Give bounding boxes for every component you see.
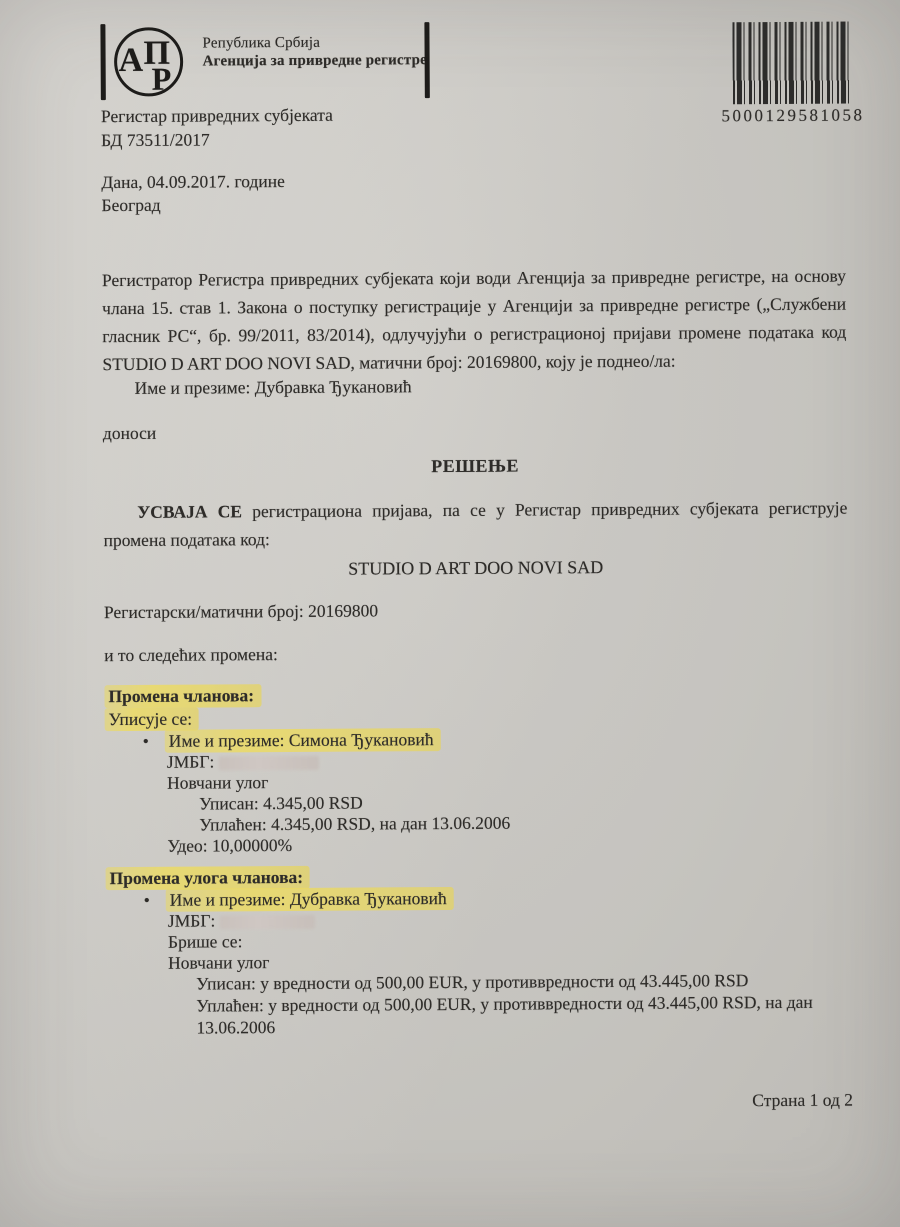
decision-title: РЕШЕЊЕ <box>103 454 847 480</box>
section1-monetary-label: Новчани улог <box>167 772 268 794</box>
republic-label: Република Србија <box>202 35 320 53</box>
section1-title: Промена чланова: <box>108 685 261 707</box>
section2-member-line: •Име и презиме: Дубравка Ђукановић <box>144 888 454 911</box>
register-name: Регистар привредних субјеката <box>101 105 333 127</box>
section2-title: Промена улога чланова: <box>110 867 311 889</box>
adopts-line: доноси <box>103 423 156 444</box>
date-line: Дана, 04.09.2017. године <box>101 171 285 193</box>
city-line: Београд <box>101 195 160 216</box>
section2-deletes-line: Брише се: <box>168 931 243 952</box>
submitter-line: Име и презиме: Дубравка Ђукановић <box>135 376 412 399</box>
header-right-rule <box>424 22 429 98</box>
header-left-rule <box>100 24 105 100</box>
section1-paid-line: Уплаћен: 4.345,00 RSD, на дан 13.06.2006 <box>199 813 510 836</box>
approval-bold-text: УСВАЈА СЕ <box>137 501 242 522</box>
document-page: А П Р Република Србија Агенција за привр… <box>0 0 900 1227</box>
section1-jmbg-line: ЈМБГ: <box>167 751 319 773</box>
page-indicator: Страна 1 од 2 <box>603 1090 853 1113</box>
section1-jmbg-label: ЈМБГ: <box>167 751 215 771</box>
section2-paid-line: Уплаћен: у вредности од 500,00 EUR, у пр… <box>196 991 852 1039</box>
registration-number-line: Регистарски/матични број: 20169800 <box>104 600 378 623</box>
case-number: БД 73511/2017 <box>101 129 210 151</box>
section1-title-highlight: Промена чланова: <box>104 684 261 708</box>
svg-text:Р: Р <box>152 61 172 97</box>
agency-label: Агенција за привредне регистре <box>203 52 427 70</box>
section1-subtitle: Уписује се: <box>109 709 200 731</box>
approval-paragraph: УСВАЈА СЕ регистрациона пријава, па се у… <box>103 494 847 555</box>
svg-text:А: А <box>119 42 144 79</box>
apr-logo: А П Р <box>110 24 186 100</box>
document-photo: А П Р Република Србија Агенција за привр… <box>0 0 900 1227</box>
barcode-number: 5000129581058 <box>713 105 873 126</box>
section2-name-highlight: Име и презиме: Дубравка Ђукановић <box>166 887 454 912</box>
section2-monetary-label: Новчани улог <box>168 952 269 974</box>
section1-subtitle-highlight: Уписује се: <box>105 708 200 732</box>
section2-jmbg-redaction <box>220 915 315 930</box>
section1-name-highlight: Име и презиме: Симона Ђукановић <box>165 728 441 753</box>
company-name: STUDIO D ART DOO NOVI SAD <box>104 556 848 582</box>
section2-title-highlight: Промена улога чланова: <box>106 866 311 890</box>
barcode <box>732 22 850 105</box>
section2-jmbg-label: ЈМБГ: <box>168 910 216 930</box>
intro-paragraph: Регистратор Регистра привредних субјекат… <box>102 262 847 379</box>
section1-member-line: •Име и презиме: Симона Ђукановић <box>143 729 441 752</box>
section1-share-line: Удео: 10,00000% <box>167 835 292 857</box>
section1-subscribed-line: Уписан: 4.345,00 RSD <box>199 793 363 815</box>
section1-jmbg-redaction <box>219 756 319 771</box>
section2-jmbg-line: ЈМБГ: <box>168 910 315 932</box>
changes-intro-line: и то следећих промена: <box>104 644 278 666</box>
